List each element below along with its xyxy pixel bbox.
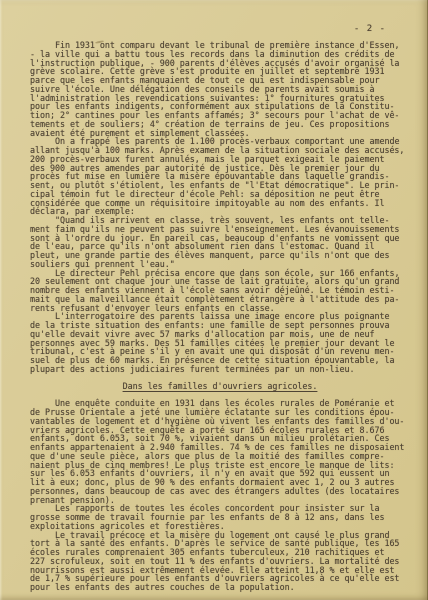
paragraph: "Quand ils arrivent en classe, très souv… — [30, 216, 410, 269]
paragraph: Fin 1931 ont comparu devant le tribunal … — [30, 41, 410, 137]
paragraph: Le directeur Pehl précisa encore que dan… — [30, 269, 410, 313]
paragraph: L'interrogatoire des parents laissa une … — [30, 312, 410, 373]
paragraph: Les rapports de toutes les écoles concor… — [30, 504, 410, 530]
document-page: - 2 - Fin 1931 ont comparu devant le tri… — [0, 0, 428, 600]
document-body: Fin 1931 ont comparu devant le tribunal … — [30, 41, 410, 592]
paragraph: Le travail précoce et la misère du logem… — [30, 531, 410, 592]
section-heading: Dans les familles d'ouvriers agricoles. — [30, 382, 410, 391]
page-number: - 2 - — [354, 24, 386, 34]
paragraph: Une enquête conduite en 1931 dans les éc… — [30, 399, 410, 504]
paragraph: On a frappé les parents de 1.100 procès-… — [30, 137, 410, 216]
